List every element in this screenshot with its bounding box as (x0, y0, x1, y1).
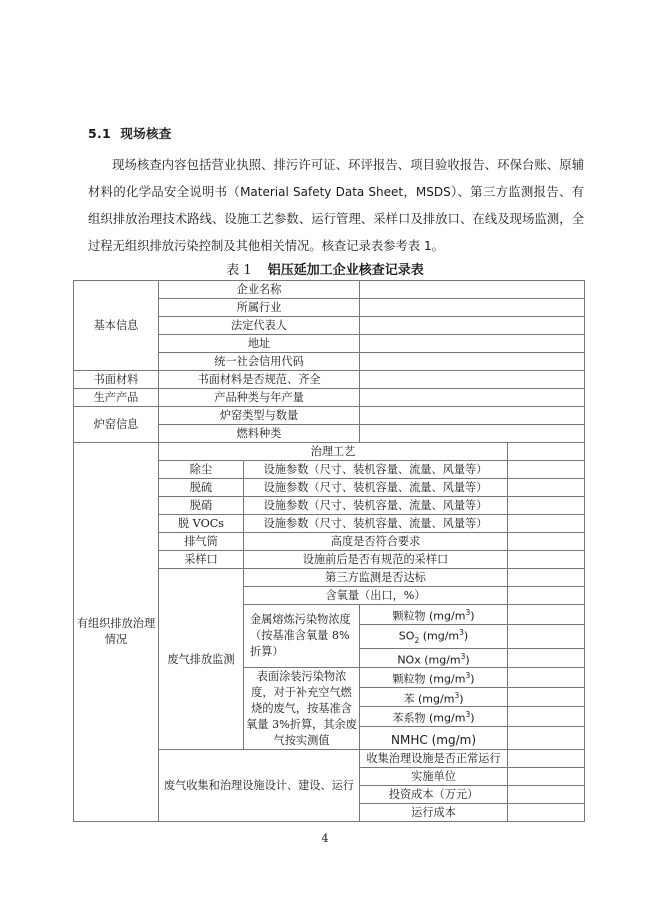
value-cell[interactable] (508, 727, 585, 750)
pollutant-cell: NMHC (mg/m) (360, 727, 508, 750)
monitoring-item-cell: 第三方监测是否达标 (244, 569, 508, 587)
item-cell: 产品种类与年产量 (159, 389, 360, 407)
value-cell[interactable] (508, 497, 585, 515)
value-cell[interactable] (360, 281, 585, 299)
table-caption: 表 1铝压延加工企业核查记录表 (0, 259, 650, 278)
value-cell[interactable] (360, 371, 585, 389)
item-cell: 炉窑类型与数量 (159, 407, 360, 425)
item-cell: 所属行业 (159, 299, 360, 317)
facility-param-cell: 设施参数（尺寸、装机容量、流量、风量等） (244, 479, 508, 497)
facility-name-cell: 脱硫 (159, 479, 244, 497)
category-cell: 有组织排放治理情况 (74, 443, 159, 822)
value-cell[interactable] (508, 587, 585, 605)
facility-param-cell: 高度是否符合要求 (244, 533, 508, 551)
monitoring-item-cell: 含氧量（出口，%） (244, 587, 508, 605)
table-row: 生产产品 产品种类与年产量 (74, 389, 585, 407)
item-cell: 法定代表人 (159, 317, 360, 335)
value-cell[interactable] (508, 551, 585, 569)
table-row: 有组织排放治理情况 治理工艺 (74, 443, 585, 461)
item-cell: 地址 (159, 335, 360, 353)
value-cell[interactable] (360, 335, 585, 353)
table-title: 铝压延加工企业核查记录表 (268, 263, 424, 278)
value-cell[interactable] (360, 317, 585, 335)
value-cell[interactable] (508, 443, 585, 461)
pollutant-cell: 颗粒物 (mg/m3) (360, 605, 508, 625)
value-cell[interactable] (508, 707, 585, 727)
value-cell[interactable] (508, 648, 585, 668)
facility-name-cell: 脱硝 (159, 497, 244, 515)
value-cell[interactable] (508, 533, 585, 551)
facility-param-cell: 设施参数（尺寸、装机容量、流量、风量等） (244, 461, 508, 479)
facility-param-cell: 设施前后是否有规范的采样口 (244, 551, 508, 569)
facility-name-cell: 除尘 (159, 461, 244, 479)
surface-coating-label-cell: 表面涂装污染物浓度，对于补充空气燃烧的废气，按基准含氧量 3%折算，其余废气按实… (244, 668, 360, 750)
value-cell[interactable] (508, 804, 585, 822)
item-cell: 燃料种类 (159, 425, 360, 443)
value-cell[interactable] (508, 768, 585, 786)
collection-item-cell: 运行成本 (360, 804, 508, 822)
inspection-record-table: 基本信息 企业名称 所属行业 法定代表人 地址 统一社会信用代码 书面材料 书面… (73, 280, 585, 822)
value-cell[interactable] (508, 479, 585, 497)
pollutant-cell: 苯 (mg/m3) (360, 687, 508, 707)
category-cell: 炉窑信息 (74, 407, 159, 443)
process-header-cell: 治理工艺 (159, 443, 508, 461)
facility-name-cell: 采样口 (159, 551, 244, 569)
page-number: 4 (0, 832, 650, 845)
intro-paragraph: 现场核查内容包括营业执照、排污许可证、环评报告、项目验收报告、环保台账、原辅材料… (88, 152, 584, 260)
table-reference: 1 (424, 239, 432, 253)
section-title: 现场核查 (120, 126, 171, 141)
pollutant-cell: NOx (mg/m3) (360, 648, 508, 668)
value-cell[interactable] (508, 569, 585, 587)
monitoring-label-cell: 废气排放监测 (159, 569, 244, 750)
value-cell[interactable] (360, 407, 585, 425)
value-cell[interactable] (508, 750, 585, 768)
value-cell[interactable] (360, 389, 585, 407)
value-cell[interactable] (508, 624, 585, 648)
item-cell: 企业名称 (159, 281, 360, 299)
facility-name-cell: 脱 VOCs (159, 515, 244, 533)
value-cell[interactable] (360, 425, 585, 443)
pollutant-cell: 颗粒物 (mg/m3) (360, 668, 508, 688)
collection-item-cell: 收集治理设施是否正常运行 (360, 750, 508, 768)
metal-smelting-label-cell: 金属熔炼污染物浓度（按基准含氧量 8%折算） (244, 605, 360, 668)
value-cell[interactable] (508, 461, 585, 479)
collection-item-cell: 实施单位 (360, 768, 508, 786)
category-cell: 书面材料 (74, 371, 159, 389)
table-row: 炉窑信息 炉窑类型与数量 (74, 407, 585, 425)
value-cell[interactable] (508, 605, 585, 625)
value-cell[interactable] (508, 668, 585, 688)
facility-param-cell: 设施参数（尺寸、装机容量、流量、风量等） (244, 497, 508, 515)
pollutant-cell: SO2 (mg/m3) (360, 624, 508, 648)
value-cell[interactable] (508, 786, 585, 804)
section-heading: 5.1 现场核查 (88, 124, 172, 142)
value-cell[interactable] (508, 687, 585, 707)
item-cell: 统一社会信用代码 (159, 353, 360, 371)
paragraph-latin: Material Safety Data Sheet，MSDS (240, 185, 451, 199)
value-cell[interactable] (360, 353, 585, 371)
category-cell: 生产产品 (74, 389, 159, 407)
collection-item-cell: 投资成本（万元） (360, 786, 508, 804)
pollutant-cell: 苯系物 (mg/m3) (360, 707, 508, 727)
facility-name-cell: 排气筒 (159, 533, 244, 551)
facility-param-cell: 设施参数（尺寸、装机容量、流量、风量等） (244, 515, 508, 533)
table-row: 书面材料 书面材料是否规范、齐全 (74, 371, 585, 389)
section-number: 5.1 (88, 126, 111, 141)
item-cell: 书面材料是否规范、齐全 (159, 371, 360, 389)
table-row: 基本信息 企业名称 (74, 281, 585, 299)
value-cell[interactable] (508, 515, 585, 533)
table-number: 表 1 (226, 263, 251, 278)
collection-label-cell: 废气收集和治理设施设计、建设、运行 (159, 750, 360, 822)
paragraph-text: 。 (432, 239, 444, 253)
value-cell[interactable] (360, 299, 585, 317)
category-cell: 基本信息 (74, 281, 159, 371)
